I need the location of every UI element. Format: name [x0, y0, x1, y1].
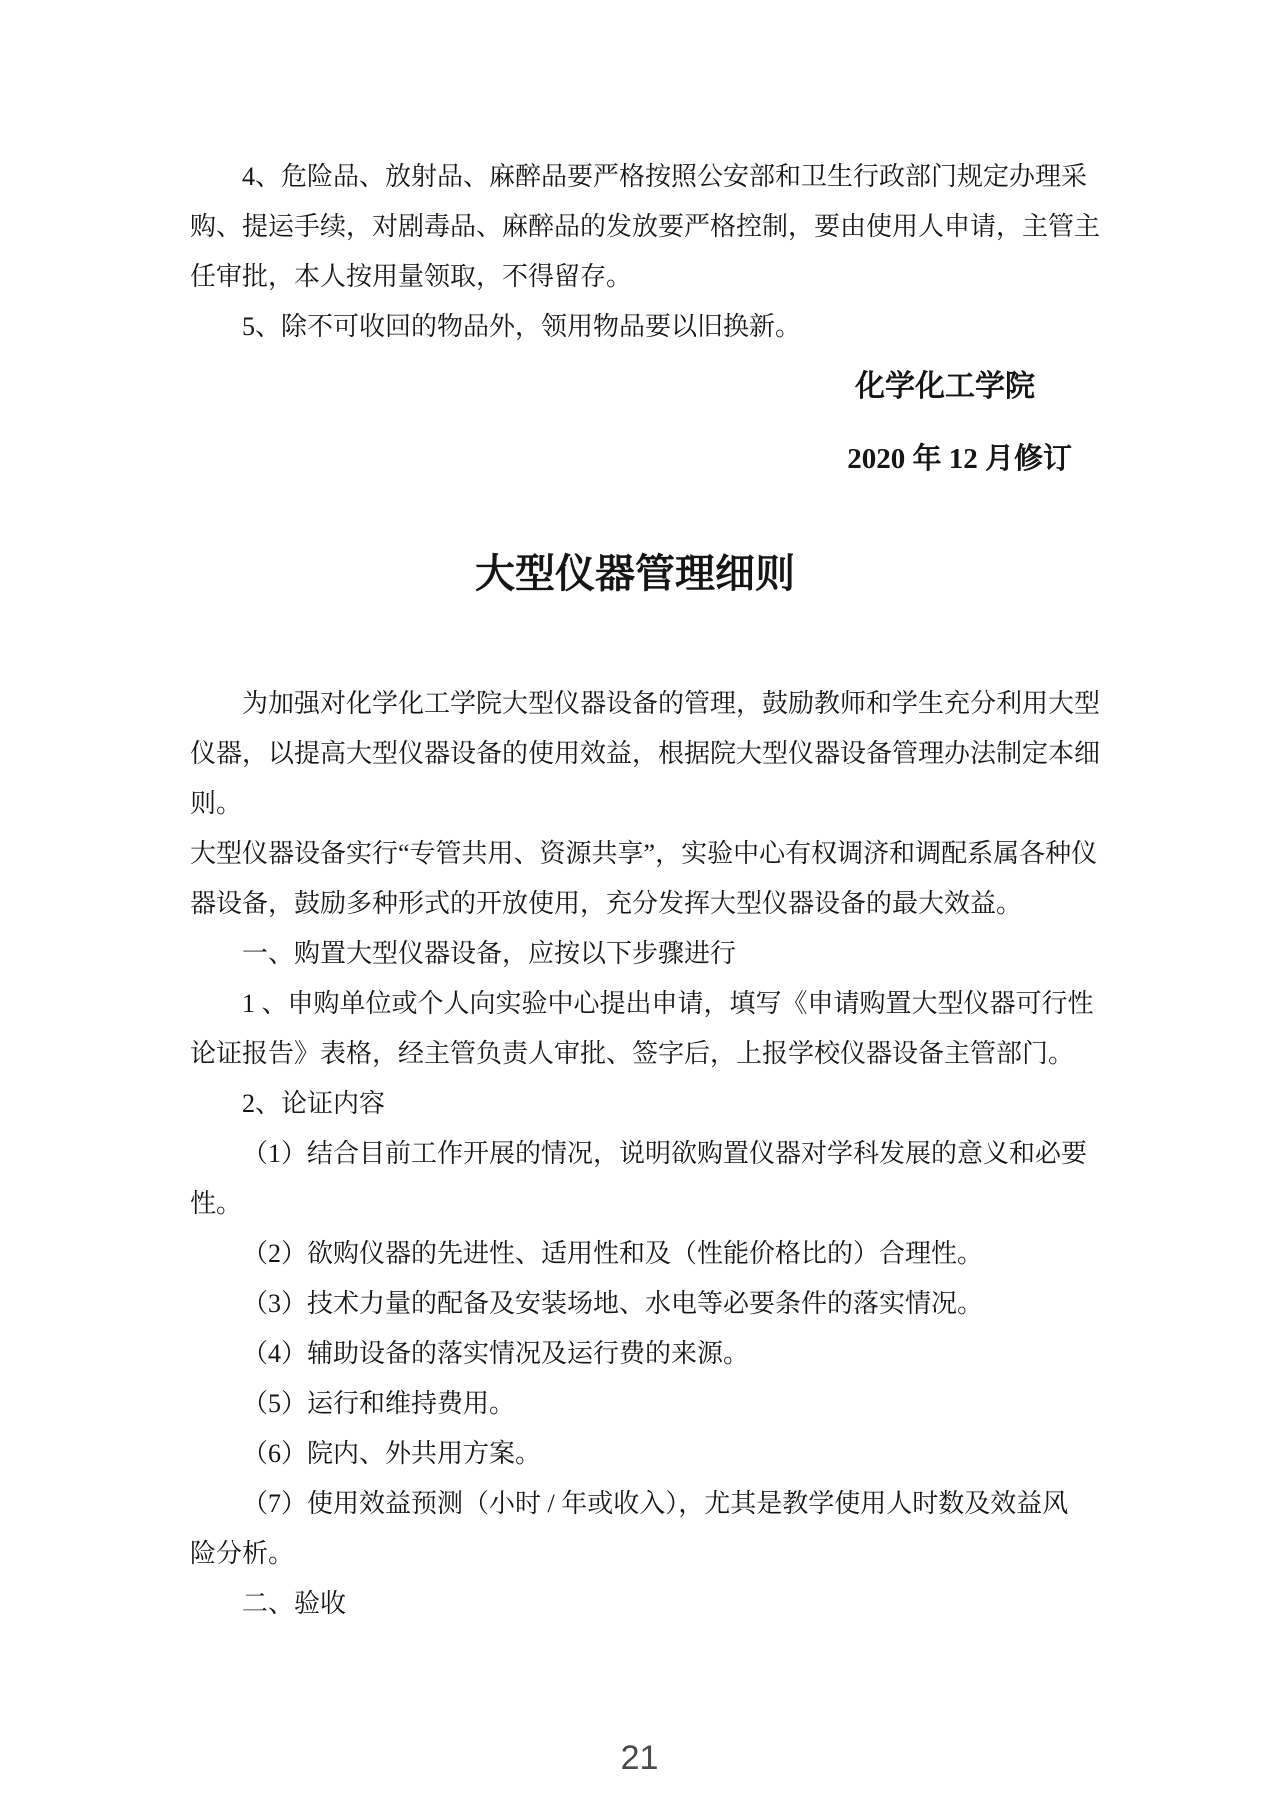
text-line: 任审批，本人按用量领取，不得留存。 — [190, 252, 1080, 302]
text-line: （3）技术力量的配备及安装场地、水电等必要条件的落实情况。 — [190, 1279, 1080, 1329]
text-line: 大型仪器设备实行“专管共用、资源共享”，实验中心有权调济和调配系属各种仪 — [190, 829, 1080, 879]
text-line: 2、论证内容 — [190, 1079, 1080, 1129]
text-line: 论证报告》表格，经主管负责人审批、签字后，上报学校仪器设备主管部门。 — [190, 1029, 1080, 1079]
document-page: 4、危险品、放射品、麻醉品要严格按照公安部和卫生行政部门规定办理采购、提运手续，… — [0, 0, 1279, 1809]
page-number: 21 — [0, 1739, 1279, 1778]
text-line: 性。 — [190, 1179, 1080, 1229]
text-line: 器设备，鼓励多种形式的开放使用，充分发挥大型仪器设备的最大效益。 — [190, 879, 1080, 929]
document-title: 大型仪器管理细则 — [190, 546, 1080, 602]
text-line: 5、除不可收回的物品外，领用物品要以旧换新。 — [190, 302, 1080, 352]
text-line: （4）辅助设备的落实情况及运行费的来源。 — [190, 1329, 1080, 1379]
text-line: 1 、申购单位或个人向实验中心提出申请，填写《申请购置大型仪器可行性 — [190, 979, 1080, 1029]
text-line: （2）欲购仪器的先进性、适用性和及（性能价格比的）合理性。 — [190, 1229, 1080, 1279]
text-line: 4、危险品、放射品、麻醉品要严格按照公安部和卫生行政部门规定办理采 — [190, 152, 1080, 202]
text-line: 为加强对化学化工学院大型仪器设备的管理，鼓励教师和学生充分利用大型 — [190, 679, 1080, 729]
revision-date: 2020 年 12 月修订 — [190, 434, 1080, 484]
text-line: （5）运行和维持费用。 — [190, 1379, 1080, 1429]
text-line: 购、提运手续，对剧毒品、麻醉品的发放要严格控制，要由使用人申请，主管主 — [190, 202, 1080, 252]
text-line: 险分析。 — [190, 1529, 1080, 1579]
text-line: 则。 — [190, 779, 1080, 829]
text-line: （1）结合目前工作开展的情况，说明欲购置仪器对学科发展的意义和必要 — [190, 1129, 1080, 1179]
text-line: 仪器，以提高大型仪器设备的使用效益，根据院大型仪器设备管理办法制定本细 — [190, 729, 1080, 779]
signature-college: 化学化工学院 — [190, 362, 1080, 412]
text-line: 二、验收 — [190, 1579, 1080, 1629]
text-line: （6）院内、外共用方案。 — [190, 1429, 1080, 1479]
document-body: 4、危险品、放射品、麻醉品要严格按照公安部和卫生行政部门规定办理采购、提运手续，… — [190, 152, 1080, 1629]
text-line: 一、购置大型仪器设备，应按以下步骤进行 — [190, 929, 1080, 979]
text-line: （7）使用效益预测（小时 / 年或收入），尤其是教学使用人时数及效益风 — [190, 1479, 1080, 1529]
